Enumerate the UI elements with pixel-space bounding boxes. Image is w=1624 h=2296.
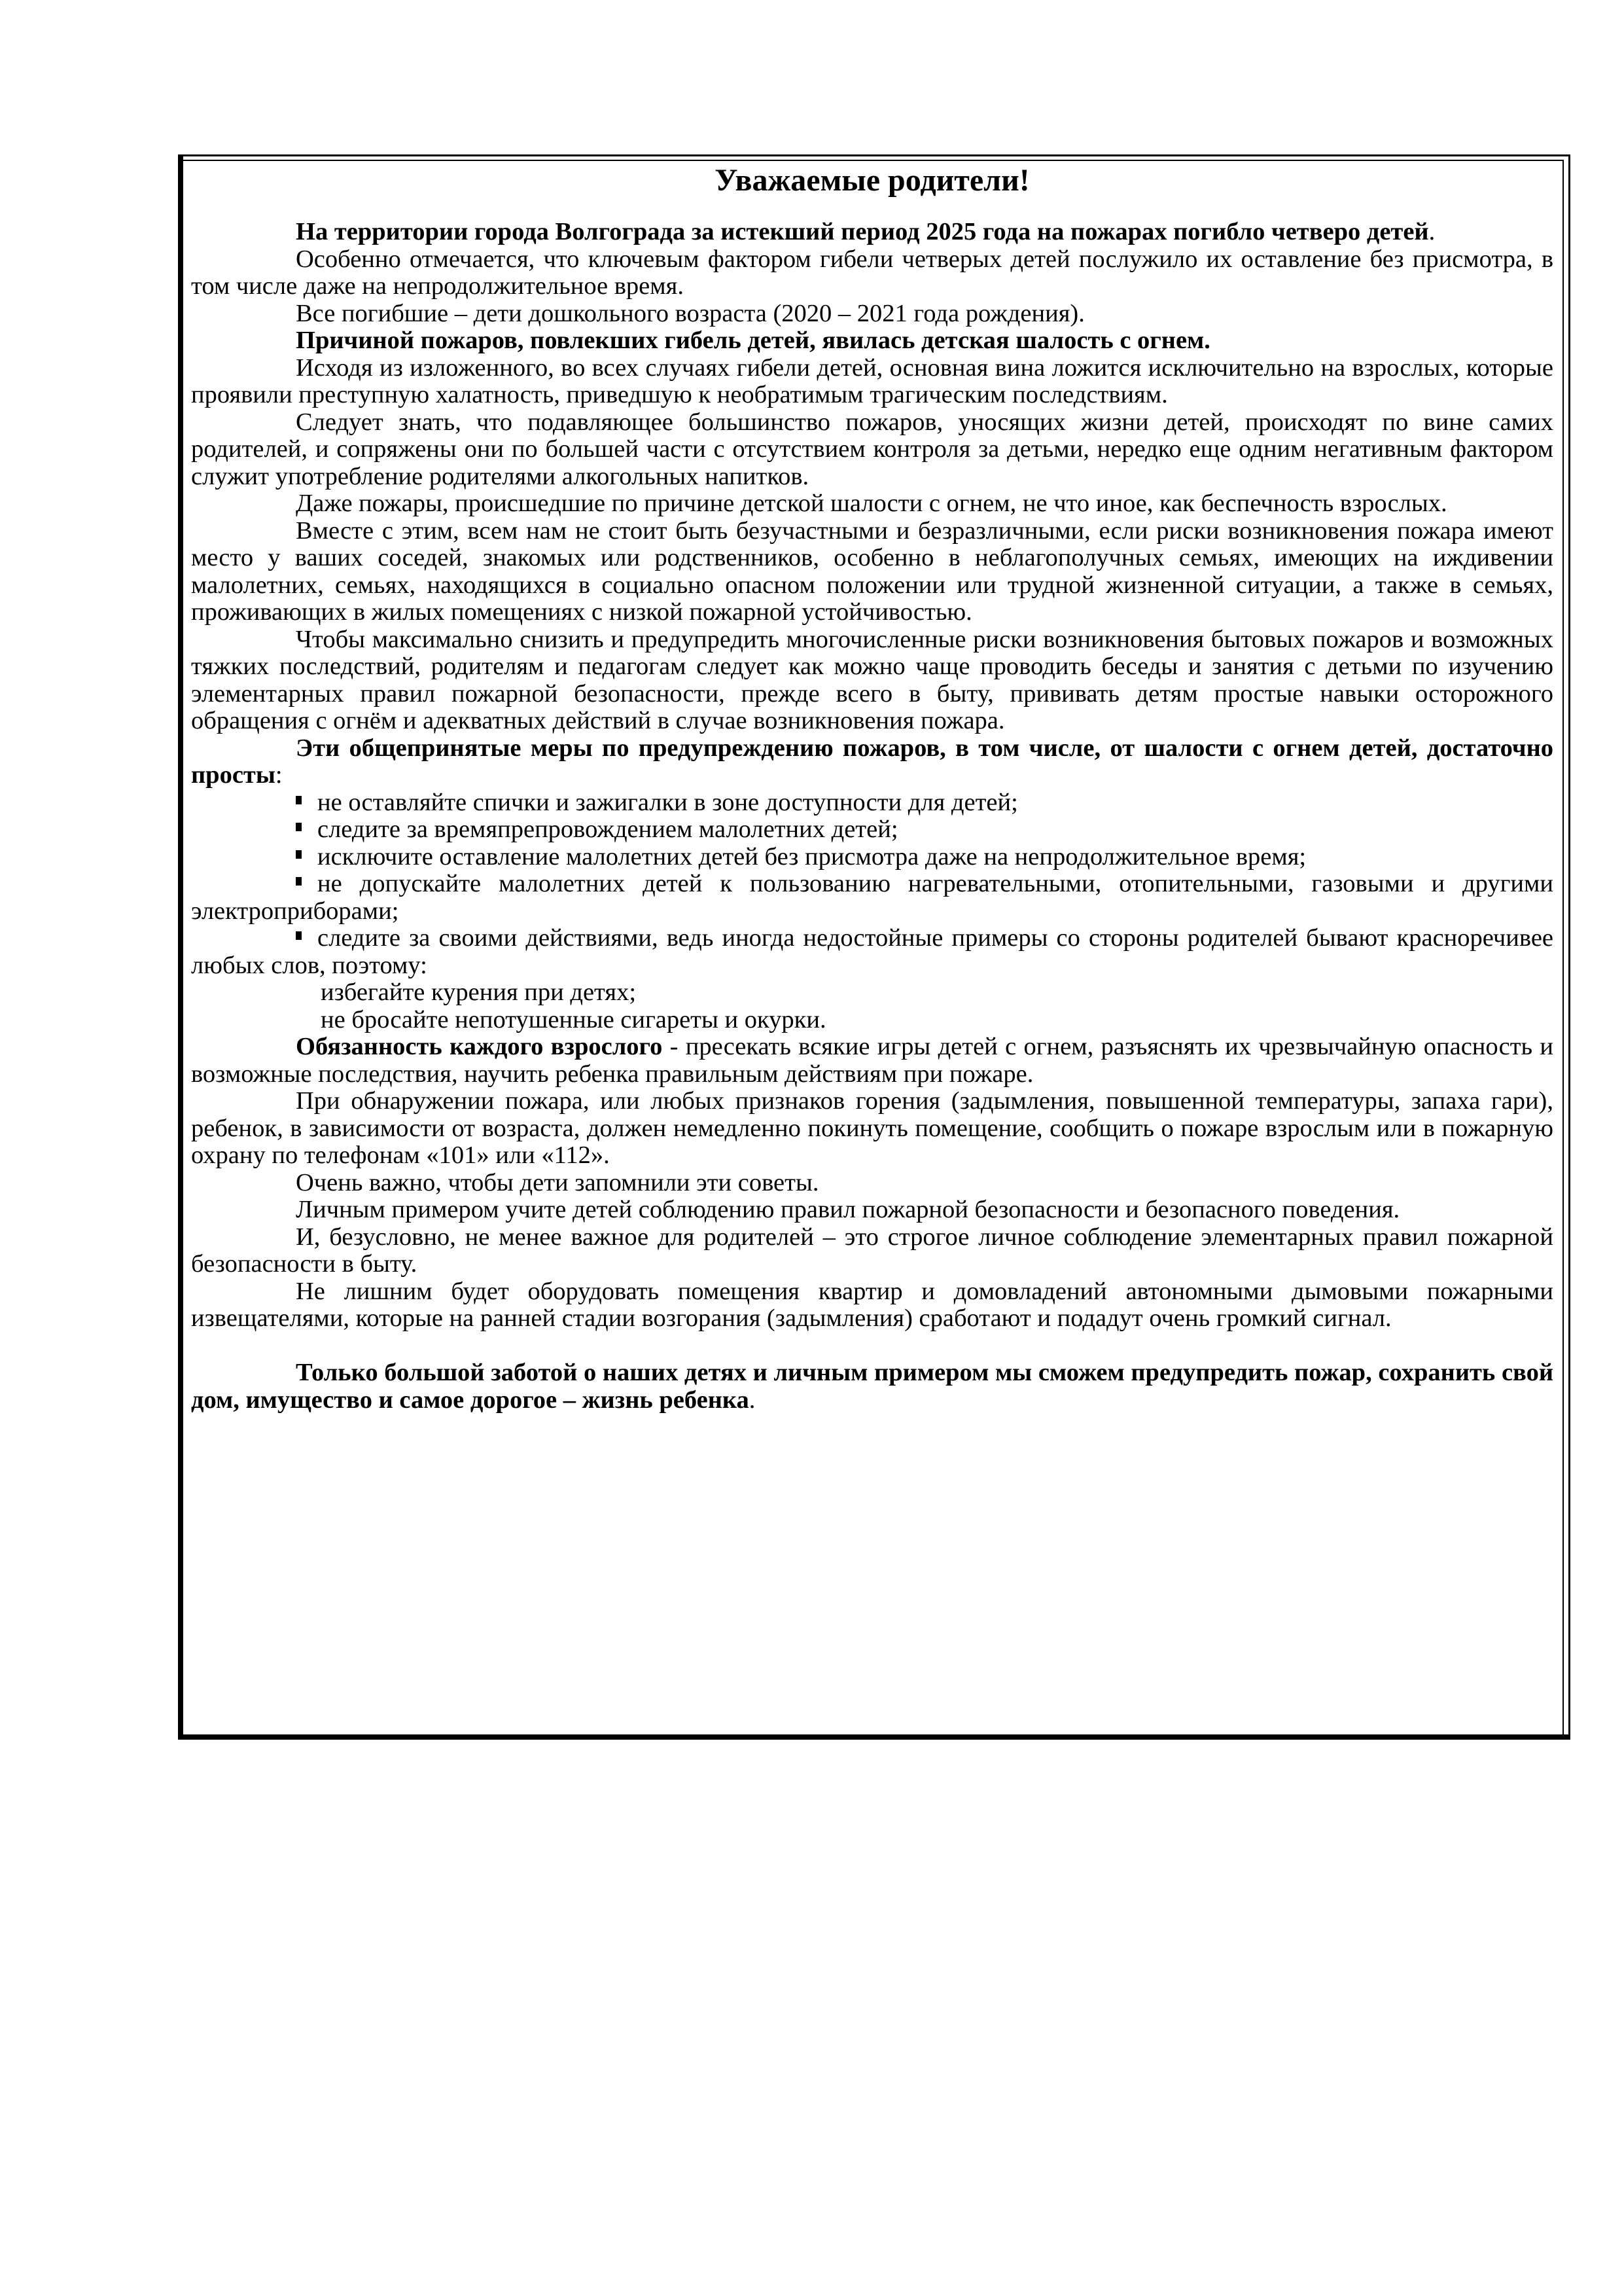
square-bullet-icon xyxy=(296,796,302,804)
measures-colon: : xyxy=(275,761,283,789)
square-bullet-icon xyxy=(296,931,302,940)
paragraph-remember: Очень важно, чтобы дети запомнили эти со… xyxy=(191,1170,1553,1197)
sub-list-item: избегайте курения при детях; xyxy=(191,979,1553,1007)
list-item: не оставляйте спички и зажигалки в зоне … xyxy=(191,789,1553,817)
page-title: Уважаемые родители! xyxy=(191,160,1553,200)
measures-bold-text: Эти общепринятые меры по предупреждению … xyxy=(191,734,1553,789)
square-bullet-icon xyxy=(296,877,302,886)
paragraph-neighbors: Вместе с этим, всем нам не стоит быть бе… xyxy=(191,518,1553,626)
measures-list: не оставляйте спички и зажигалки в зоне … xyxy=(191,789,1553,980)
paragraph-adult-blame: Исходя из изложенного, во всех случаях г… xyxy=(191,355,1553,409)
sub-list-item: не бросайте непотушенные сигареты и окур… xyxy=(191,1007,1553,1034)
list-item: следите за времяпрепровождением малолетн… xyxy=(191,816,1553,844)
paragraph-final-appeal: Только большой заботой о наших детях и л… xyxy=(191,1359,1553,1414)
list-item-text: исключите оставление малолетних детей бе… xyxy=(317,843,1306,870)
final-end: . xyxy=(749,1386,756,1414)
paragraph-adult-duty: Обязанность каждого взрослого - пресекат… xyxy=(191,1033,1553,1088)
paragraph-parents-compliance: И, безусловно, не менее важное для родит… xyxy=(191,1224,1553,1278)
paragraph-measures-heading: Эти общепринятые меры по предупреждению … xyxy=(191,735,1553,789)
list-item-text: не допускайте малолетних детей к пользов… xyxy=(191,870,1553,925)
paragraph-carelessness: Даже пожары, происшедшие по причине детс… xyxy=(191,490,1553,518)
intro-end: . xyxy=(1429,218,1436,245)
paragraph-key-factor: Особенно отмечается, что ключевым фактор… xyxy=(191,246,1553,300)
square-bullet-icon xyxy=(296,850,302,859)
intro-bold-text: На территории города Волгограда за истек… xyxy=(296,218,1429,245)
final-bold-text: Только большой заботой о наших детях и л… xyxy=(191,1359,1553,1414)
list-item-text: следите за своими действиями, ведь иногд… xyxy=(191,924,1553,979)
list-item: не допускайте малолетних детей к пользов… xyxy=(191,870,1553,925)
paragraph-prevention: Чтобы максимально снизить и предупредить… xyxy=(191,626,1553,735)
paragraph-fire-detection: При обнаружении пожара, или любых призна… xyxy=(191,1088,1553,1170)
duty-bold-text: Обязанность каждого взрослого xyxy=(296,1033,662,1060)
paragraph-parents-fault: Следует знать, что подавляющее большинст… xyxy=(191,409,1553,491)
square-bullet-icon xyxy=(296,823,302,831)
paragraph-cause: Причиной пожаров, повлекших гибель детей… xyxy=(191,327,1553,355)
paragraph-victims-age: Все погибшие – дети дошкольного возраста… xyxy=(191,300,1553,328)
spacer xyxy=(191,1333,1553,1360)
paragraph-personal-example: Личным примером учите детей соблюдению п… xyxy=(191,1196,1553,1224)
paragraph-intro: На территории города Волгограда за истек… xyxy=(191,219,1553,246)
list-item: исключите оставление малолетних детей бе… xyxy=(191,844,1553,871)
list-item: следите за своими действиями, ведь иногд… xyxy=(191,925,1553,979)
paragraph-smoke-detectors: Не лишним будет оборудовать помещения кв… xyxy=(191,1278,1553,1333)
smoking-sublist: избегайте курения при детях; не бросайте… xyxy=(191,979,1553,1033)
list-item-text: следите за времяпрепровождением малолетн… xyxy=(317,816,898,843)
list-item-text: не оставляйте спички и зажигалки в зоне … xyxy=(317,789,1018,816)
document-content: Уважаемые родители! На территории города… xyxy=(191,160,1553,1414)
